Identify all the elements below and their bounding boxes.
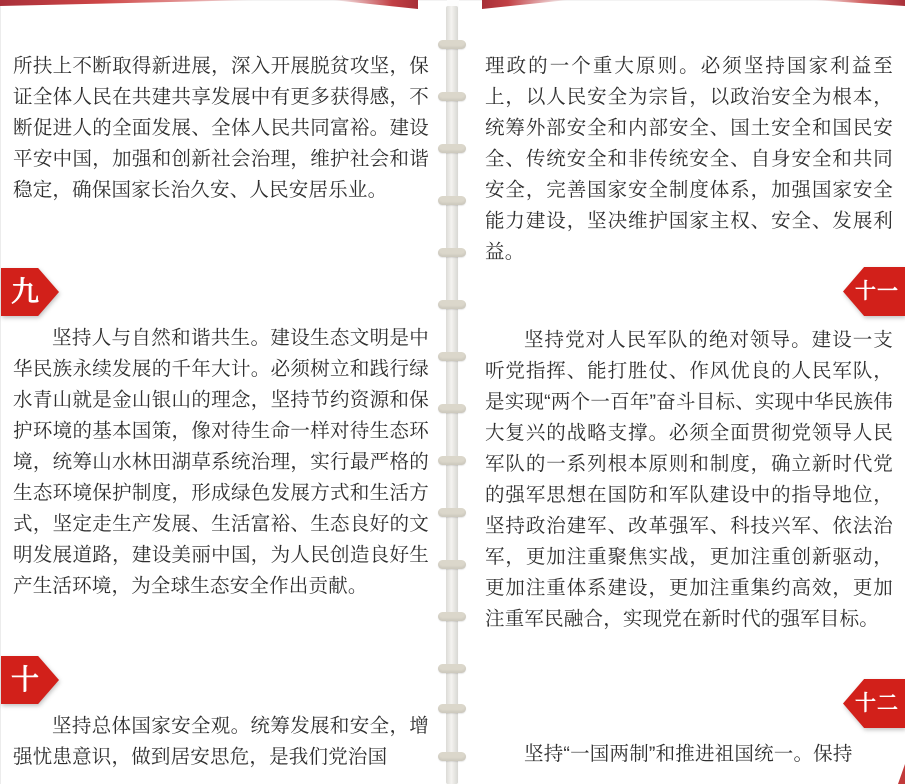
right-paragraph-section-11: 坚持党对人民军队的绝对领导。建设一支听党指挥、能打胜仗、作风优良的人民军队，是实… [485, 325, 893, 635]
left-paragraph-section-9: 坚持人与自然和谐共生。建设生态文明是中华民族永续发展的千年大计。必须树立和践行绿… [13, 323, 429, 602]
section-marker-12: 十二 [843, 679, 905, 728]
binding-spine [446, 6, 458, 784]
binding-ring [438, 508, 466, 517]
section-marker-10-ribbon: 十 [1, 656, 59, 704]
binding-ring [438, 352, 466, 361]
binding-ring [438, 144, 466, 153]
section-marker-12-label: 十二 [855, 693, 899, 714]
left-paragraph-section-10: 坚持总体国家安全观。统筹发展和安全，增强忧患意识，做到居安思危，是我们党治国 [13, 711, 429, 773]
page-left: 所扶上不断取得新进展，深入开展脱贫攻坚，保证全体人民在共建共享发展中有更多获得感… [0, 0, 447, 784]
binding-ring [438, 404, 466, 413]
binding-ring [438, 704, 466, 713]
binding-ring [438, 248, 466, 257]
section-marker-10-label: 十 [11, 666, 39, 694]
binding-ring [438, 456, 466, 465]
section-marker-11-label: 十一 [855, 281, 899, 302]
section-marker-10: 十 [1, 656, 59, 704]
section-marker-12-ribbon: 十二 [843, 679, 905, 728]
right-paragraph-section-12: 坚持“一国两制”和推进祖国统一。保持 [485, 739, 893, 770]
section-marker-9-label: 九 [11, 278, 39, 306]
book-spread: 所扶上不断取得新进展，深入开展脱贫攻坚，保证全体人民在共建共享发展中有更多获得感… [0, 0, 905, 784]
section-marker-9: 九 [1, 268, 59, 316]
right-paragraph-continuation: 理政的一个重大原则。必须坚持国家利益至上，以人民安全为宗旨，以政治安全为根本，统… [485, 51, 893, 268]
section-marker-11-ribbon: 十一 [843, 267, 905, 316]
binding-ring [438, 92, 466, 101]
binding-ring [438, 196, 466, 205]
left-paragraph-continuation: 所扶上不断取得新进展，深入开展脱贫攻坚，保证全体人民在共建共享发展中有更多获得感… [13, 51, 429, 206]
page-right: 理政的一个重大原则。必须坚持国家利益至上，以人民安全为宗旨，以政治安全为根本，统… [459, 0, 905, 784]
binding-ring [438, 560, 466, 569]
binding-ring [438, 40, 466, 49]
binding-ring [438, 752, 466, 761]
binding-ring [438, 300, 466, 309]
binding-ring [438, 664, 466, 673]
section-marker-11: 十一 [843, 267, 905, 316]
binding-ring [438, 612, 466, 621]
section-marker-9-ribbon: 九 [1, 268, 59, 316]
